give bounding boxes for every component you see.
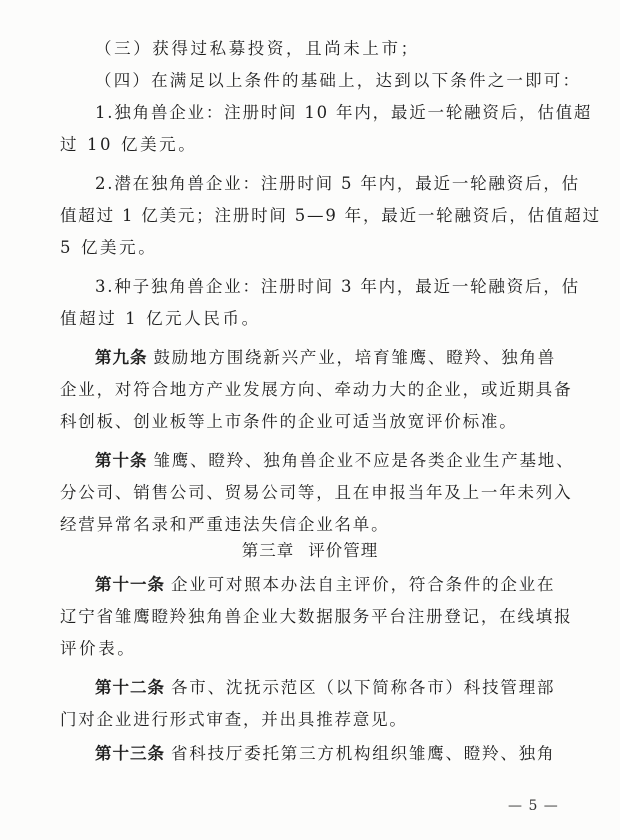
article-10-line1: 第十条雏鹰、瞪羚、独角兽企业不应是各类企业生产基地、 xyxy=(95,450,595,472)
article-9-label: 第九条 xyxy=(95,348,148,367)
potential-unicorn-line3: 5 亿美元。 xyxy=(60,237,560,259)
unicorn-criterion-line1: 1.独角兽企业：注册时间 10 年内，最近一轮融资后，估值超 xyxy=(95,102,595,124)
article-10-text: 雏鹰、瞪羚、独角兽企业不应是各类企业生产基地、 xyxy=(154,451,575,470)
unicorn-criterion-line2: 过 10 亿美元。 xyxy=(60,134,560,156)
seed-unicorn-line1: 3.种子独角兽企业：注册时间 3 年内，最近一轮融资后，估 xyxy=(95,276,595,298)
article-10-line2: 分公司、销售公司、贸易公司等，且在申报当年及上一年未列入 xyxy=(60,482,560,504)
article-9-line1: 第九条鼓励地方围绕新兴产业，培育雏鹰、瞪羚、独角兽 xyxy=(95,347,595,369)
seed-unicorn-line2: 值超过 1 亿元人民币。 xyxy=(60,308,560,330)
article-13-label: 第十三条 xyxy=(95,744,165,763)
article-11-line3: 评价表。 xyxy=(60,638,560,660)
potential-unicorn-line2: 值超过 1 亿美元；注册时间 5—9 年，最近一轮融资后，估值超过 xyxy=(60,205,560,227)
article-12-line2: 门对企业进行形式审查，并出具推荐意见。 xyxy=(60,709,560,731)
potential-unicorn-line1: 2.潜在独角兽企业：注册时间 5 年内，最近一轮融资后，估 xyxy=(95,173,595,195)
clause-three: （三）获得过私募投资，且尚未上市； xyxy=(95,38,595,60)
article-11-label: 第十一条 xyxy=(95,575,165,594)
article-9-text: 鼓励地方围绕新兴产业，培育雏鹰、瞪羚、独角兽 xyxy=(154,348,557,367)
page-number: — 5 — xyxy=(508,797,559,815)
article-10-label: 第十条 xyxy=(95,451,148,470)
article-13-line1: 第十三条省科技厅委托第三方机构组织雏鹰、瞪羚、独角 xyxy=(95,743,595,765)
article-9-line2: 企业，对符合地方产业发展方向、牵动力大的企业，或近期具备 xyxy=(60,379,560,401)
article-9-line3: 科创板、创业板等上市条件的企业可适当放宽评价标准。 xyxy=(60,411,560,433)
chapter-heading: 第三章评价管理 xyxy=(0,540,620,562)
chapter-number: 第三章 xyxy=(242,541,295,560)
article-12-line1: 第十二条各市、沈抚示范区（以下简称各市）科技管理部 xyxy=(95,677,595,699)
article-10-line3: 经营异常名录和严重违法失信企业名单。 xyxy=(60,514,560,536)
article-11-line2: 辽宁省雏鹰瞪羚独角兽企业大数据服务平台注册登记，在线填报 xyxy=(60,606,560,628)
document-page: （三）获得过私募投资，且尚未上市； （四）在满足以上条件的基础上，达到以下条件之… xyxy=(0,0,620,840)
article-13-text: 省科技厅委托第三方机构组织雏鹰、瞪羚、独角 xyxy=(171,744,555,763)
article-12-label: 第十二条 xyxy=(95,678,165,697)
chapter-title: 评价管理 xyxy=(308,541,378,560)
clause-four: （四）在满足以上条件的基础上，达到以下条件之一即可： xyxy=(95,70,595,92)
article-12-text: 各市、沈抚示范区（以下简称各市）科技管理部 xyxy=(171,678,555,697)
article-11-line1: 第十一条企业可对照本办法自主评价，符合条件的企业在 xyxy=(95,574,595,596)
article-11-text: 企业可对照本办法自主评价，符合条件的企业在 xyxy=(171,575,555,594)
